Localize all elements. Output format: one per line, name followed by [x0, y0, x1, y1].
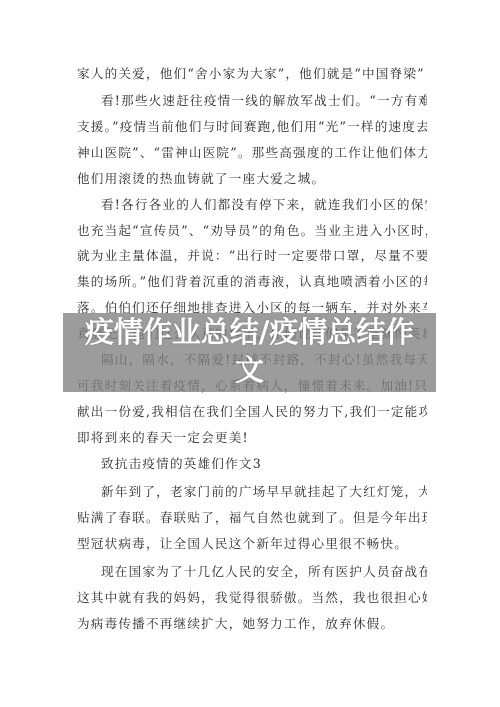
section-heading: 致抗击疫情的英雄们作文3: [101, 456, 427, 472]
banner-title: 疫情作业总结/疫情总结作 文: [63, 313, 436, 389]
text-line: 也充当起“宣传员”、“劝导员”的角色。当业主进入小区时，他们: [77, 223, 427, 239]
text-line: 即将到来的春天一定会更美!: [77, 430, 427, 446]
text-line: 看!各行各业的人们都没有停下来，就连我们小区的保安伯伯们: [101, 197, 427, 213]
banner-title-line1: 疫情作业总结/疫情总结作: [63, 313, 436, 351]
text-line: 为病毒传播不再继续扩大，她努力工作，放弃休假。: [77, 616, 427, 632]
text-line: 献出一份爱,我相信在我们全国人民的努力下,我们一定能攻克疫情!: [77, 404, 427, 420]
text-line: 神山医院”、“雷神山医院”。那些高强度的工作让他们体力虚脱，但: [77, 145, 427, 161]
text-line: 集的场所。”他们背着沉重的消毒液，认真地喷洒着小区的每一个角: [77, 274, 427, 290]
text-line: 家人的关爱，他们“舍小家为大家”，他们就是“中国脊梁”！: [77, 66, 427, 82]
text-line: 新年到了，老家门前的广场早早就挂起了大红灯笼，大街小巷也: [101, 484, 427, 500]
text-line: 这其中就有我的妈妈，我觉得很骄傲。当然，我也很担心她的.安全。: [77, 590, 427, 606]
text-line: 他们用滚烫的热血铸就了一座大爱之城。: [77, 171, 427, 187]
banner-title-line2: 文: [63, 351, 436, 389]
text-line: 支援。”疫情当前他们与时间赛跑,他们用“光”一样的速度去建造“火: [77, 119, 427, 135]
text-line: 就为业主量体温，并说：“出行时一定要带口罩，尽量不要去人群密: [77, 248, 427, 264]
text-line: 贴满了春联。春联贴了，福气自然也就到了。但是今年出现的一种新: [77, 510, 427, 526]
text-line: 现在国家为了十几亿人民的安全，所有医护人员奋战在第一线。: [101, 564, 427, 580]
text-line: 看!那些火速赶往疫情一线的解放军战士们。“一方有难，八方: [101, 93, 427, 109]
text-line: 型冠状病毒，让全国人民这个新年过得心里很不畅快。: [77, 536, 427, 552]
